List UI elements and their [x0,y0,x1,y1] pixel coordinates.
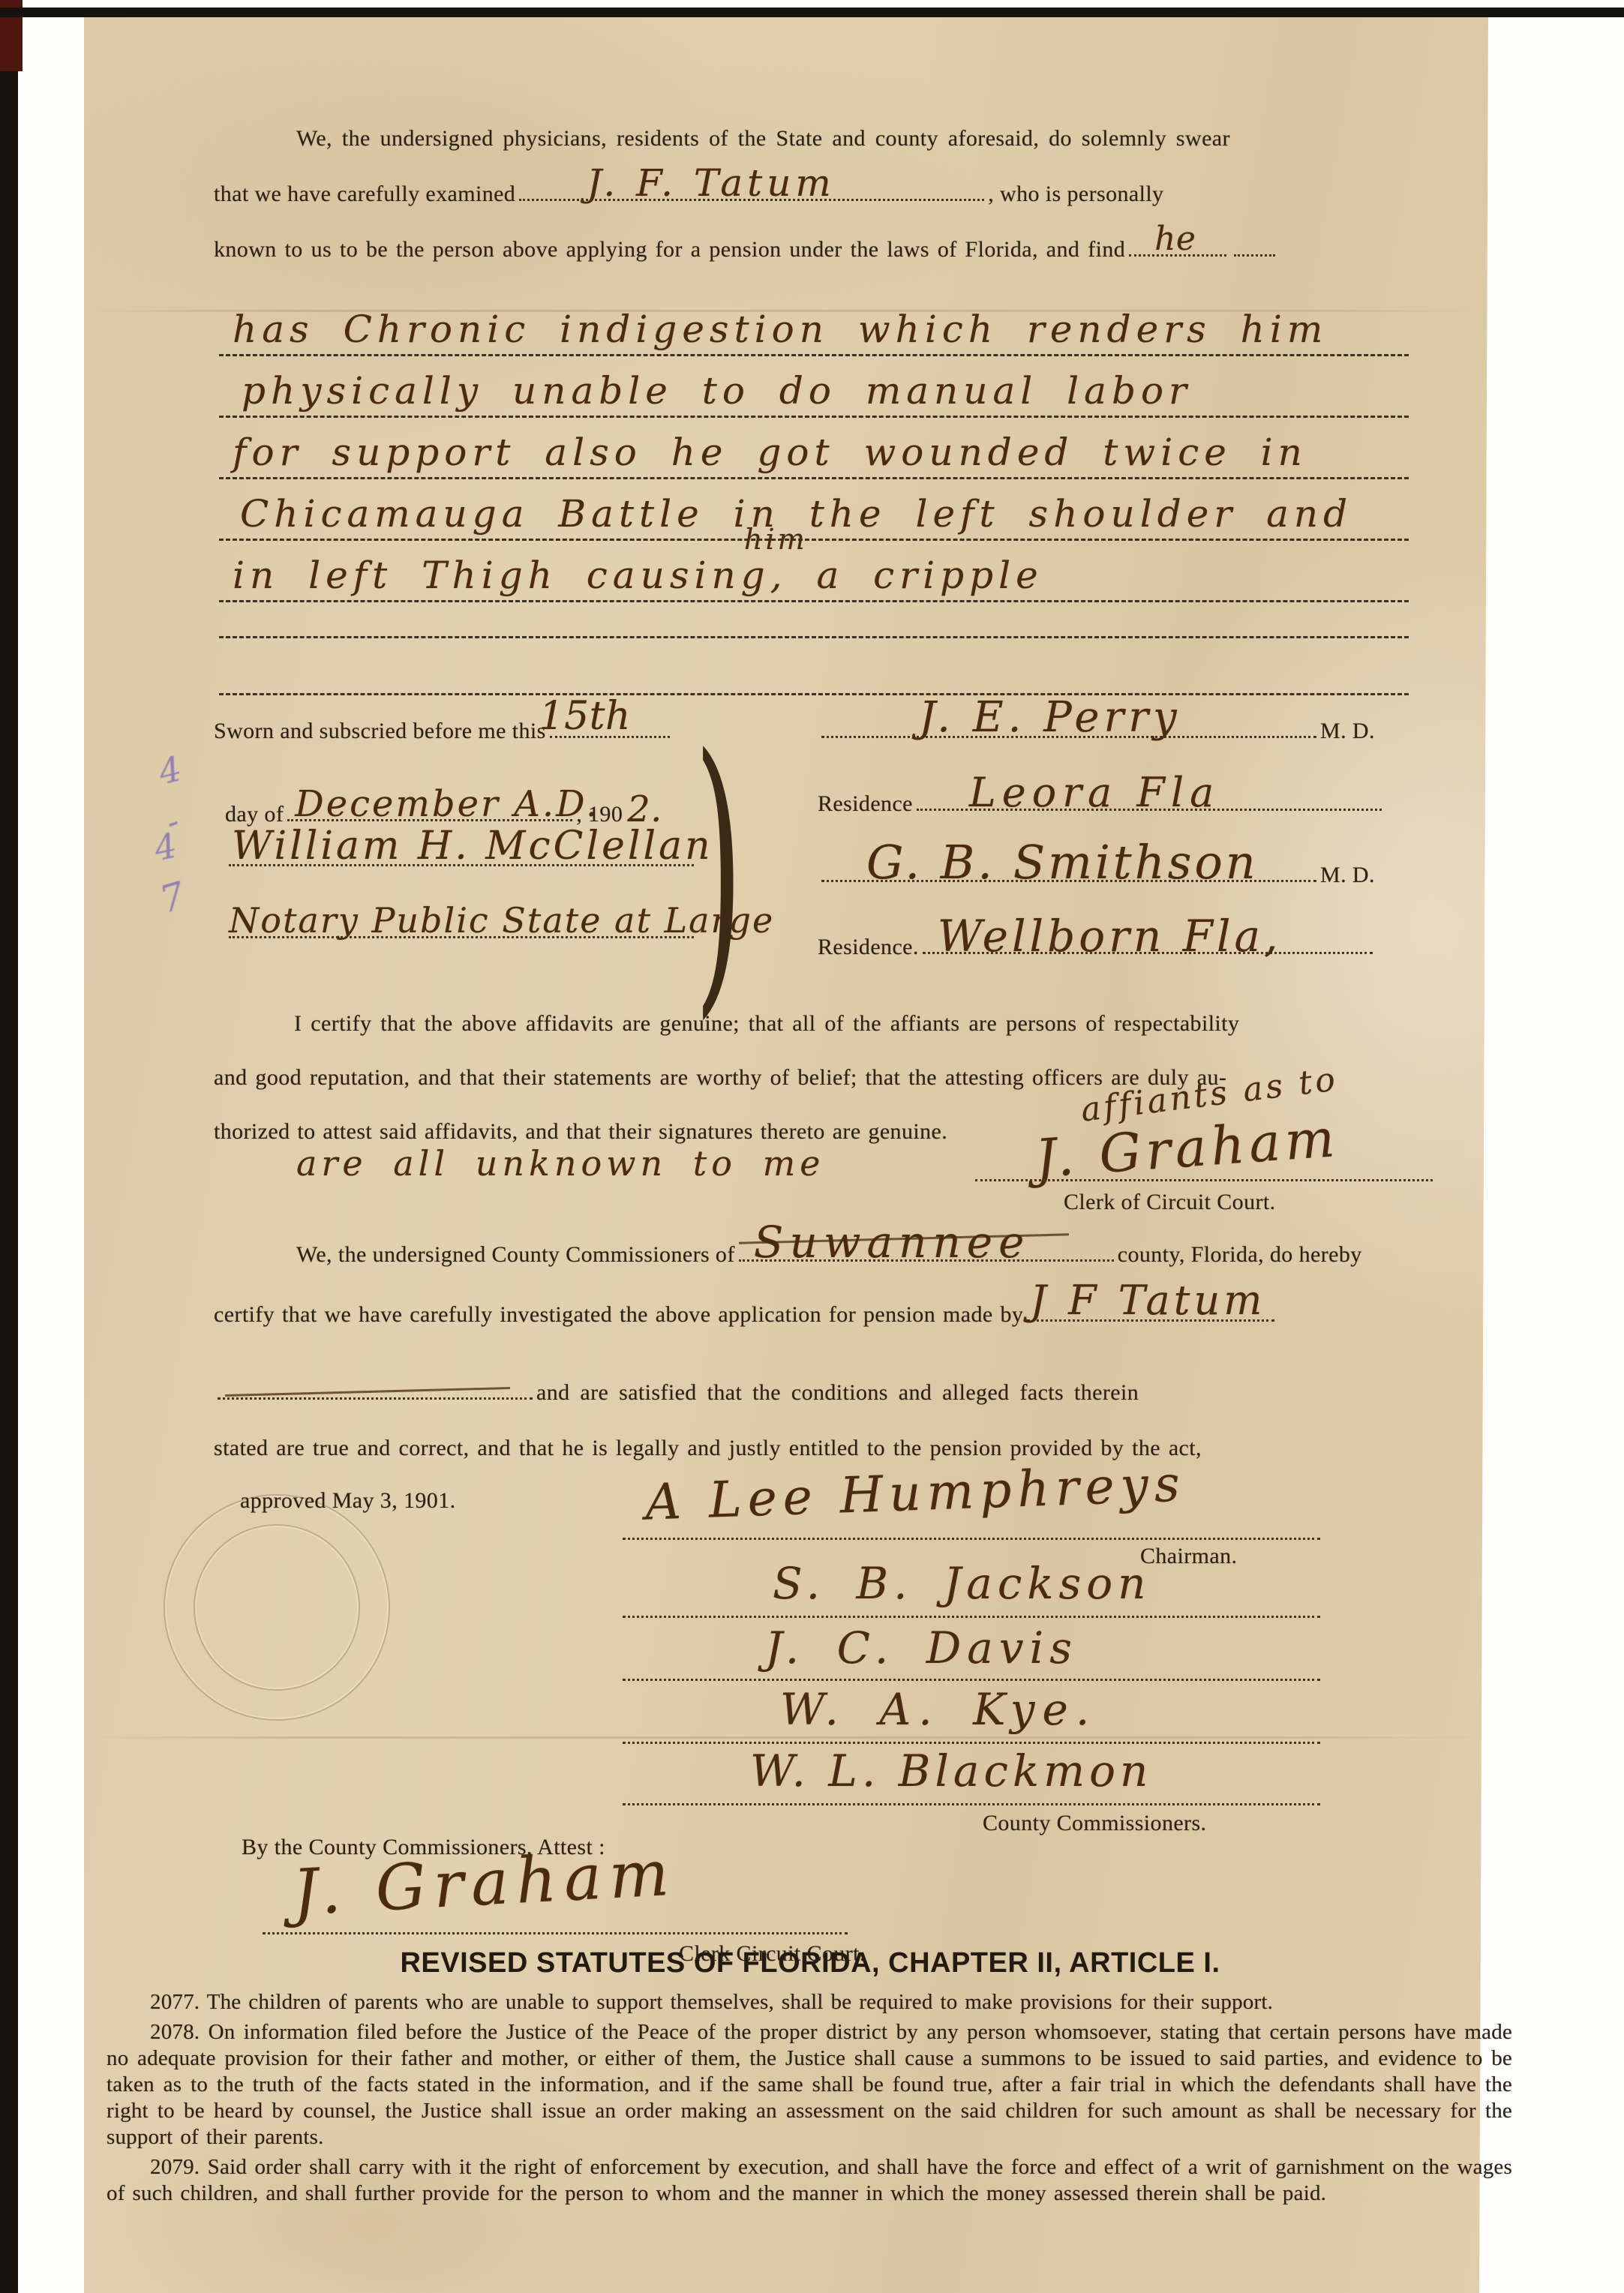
findings-row: in left Thigh causing, a cripple him [219,539,1409,602]
commissioner-signature-4: W. A. Kye. [780,1688,1097,1731]
notary-signature-rule: William H. McClellan [229,863,694,866]
comm-line-1: We, the undersigned County Commissioners… [296,1242,1362,1268]
sworn-line-1: Sworn and subscried before me this 15th [214,719,674,744]
comm-line3-rule [218,1396,533,1400]
county-blank: Suwannee [739,1258,1114,1262]
statutes-body: 2077. The children of parents who are un… [107,1989,1512,2210]
physician2-md-label: M. D. [1320,863,1375,888]
commissioner-rule-1 [623,1536,1320,1540]
physician2-signature-handwriting: G. B. Smithson [866,839,1259,886]
statute-2077: 2077. The children of parents who are un… [107,1989,1512,2015]
comm-line1-post: county, Florida, do hereby [1118,1242,1362,1268]
findings-row: for support also he got wounded twice in [219,416,1409,479]
physician1-residence-handwriting: Leora Fla [969,773,1220,813]
notary-title-handwriting: Notary Public State at Large [229,903,774,938]
residence-label-2: Residence. [818,935,919,960]
commissioner-rule-5 [623,1802,1320,1805]
affidavit-line-1: We, the undersigned physicians, resident… [296,126,1230,152]
notary-brace: ) [694,696,743,1045]
commissioner-rule-3 [623,1677,1320,1681]
applicant-name-line: J. F. Tatum [519,197,984,201]
findings-row: Chicamauga Battle in the left shoulder a… [219,477,1409,541]
blank-dashed-rule [219,692,1409,695]
applicant-blank: J F Tatum [1027,1318,1274,1322]
commissioner-signature-2: S. B. Jackson [773,1562,1151,1605]
comm-line-5: approved May 3, 1901. [240,1488,456,1514]
statute-2078: 2078. On information filed before the Ju… [107,2019,1512,2150]
scanned-pension-document: 4 - 4 7 We, the undersigned physicians, … [0,0,1624,2293]
findings-row: physically unable to do manual labor [219,354,1409,418]
comm-line-3: and are satisfied that the conditions an… [214,1380,1139,1406]
find-blank-line-tail [1234,253,1275,257]
comm-line1-pre: We, the undersigned County Commissioners… [296,1242,735,1268]
clerk-note-handwriting-2: are all unknown to me [296,1146,824,1181]
scan-edge-left [0,0,18,2293]
findings-handwriting: physically unable to do manual labor [242,372,1192,410]
notary-signature-handwriting: William H. McClellan [232,827,713,866]
physician2-residence-line: Residence. Wellborn Fla, [818,935,1376,960]
embossed-seal-inner [194,1524,360,1691]
physician2-residence-rule: Wellborn Fla, [923,950,1373,954]
clerk-signature-rule [975,1178,1433,1181]
affidavit-line2-post: , who is personally [988,182,1163,207]
applicant-name-handwriting: J. F. Tatum [587,164,836,202]
physician2-line: G. B. Smithson M. D. [818,863,1375,888]
findings-row: has Chronic indigestion which renders hi… [219,293,1409,356]
affidavit-line2-pre: that we have carefully examined [214,182,515,207]
findings-insert-handwriting: him [744,525,808,554]
findings-handwriting: in left Thigh causing, a cripple [233,557,1043,594]
attest-signature-rule [263,1931,848,1934]
affidavit-line-3: known to us to be the person above apply… [214,237,1279,263]
comm-line2-pre: certify that we have carefully investiga… [214,1302,1023,1328]
find-handwriting: he [1154,223,1196,256]
find-blank-line: he [1129,253,1226,257]
notary-title-line: Notary Public State at Large [225,935,698,938]
sworn-year-handwriting: 2. [627,791,662,827]
affidavit-line-2: that we have carefully examined J. F. Ta… [214,182,1163,207]
residence-label: Residence [818,791,913,817]
clerk-cert-line-1: I certify that the above affidavits are … [294,1011,1239,1037]
commissioner-rule-2 [623,1614,1320,1618]
physician1-residence-rule: Leora Fla [917,807,1382,811]
commissioner-rule-4 [623,1740,1320,1744]
sworn-month-blank: December A.D. [287,818,572,821]
clerk-cert-line-2: and good reputation, and that their stat… [214,1065,1226,1091]
notary-title-rule: Notary Public State at Large [229,935,694,938]
commissioner-signature-5: W. L. Blackmon [750,1749,1152,1793]
scan-edge-top [0,8,1624,17]
sworn-line-2: day of December A.D. , 190 2. [225,791,662,827]
blank-dashed-rule [219,635,1409,638]
physician1-line: J. E. Perry M. D. [818,719,1375,744]
statute-2079: 2079. Said order shall carry with it the… [107,2154,1512,2207]
chairman-label: Chairman. [1140,1544,1237,1569]
county-commissioners-label: County Commissioners. [983,1811,1206,1836]
clerk-cert-line-3: thorized to attest said affidavits, and … [214,1119,947,1145]
physician1-residence-line: Residence Leora Fla [818,791,1385,817]
sworn-day-blank: 15th [550,734,670,738]
comm-line3-text: and are satisfied that the conditions an… [536,1380,1139,1406]
statutes-heading: REVISED STATUTES OF FLORIDA, CHAPTER II,… [214,1947,1406,1979]
pen-squiggle [225,1387,510,1397]
fold-crease [84,1736,1479,1739]
findings-handwriting: has Chronic indigestion which renders hi… [233,311,1328,348]
comm-line-2: certify that we have carefully investiga… [214,1302,1278,1328]
sworn-line1-pre: Sworn and subscried before me this [214,719,546,744]
notary-signature-line: William H. McClellan [225,863,698,866]
clerk-title: Clerk of Circuit Court. [1064,1190,1276,1215]
physician1-signature-rule: J. E. Perry [821,734,1316,738]
physician1-md-label: M. D. [1320,719,1375,744]
attest-clerk-signature: J. Graham [291,1841,677,1925]
sworn-month-handwriting: December A.D. [295,786,599,822]
affidavit-line3-pre: known to us to be the person above apply… [214,237,1125,263]
physician2-residence-handwriting: Wellborn Fla, [938,914,1282,958]
physician1-signature-handwriting: J. E. Perry [919,697,1181,739]
findings-handwriting: for support also he got wounded twice in [233,434,1307,471]
applicant-handwriting: J F Tatum [1030,1280,1265,1321]
commissioner-signature-3: J. C. Davis [765,1626,1078,1670]
comm-line-4: stated are true and correct, and that he… [214,1436,1202,1461]
physician2-signature-rule: G. B. Smithson [821,878,1316,882]
sworn-day-handwriting: 15th [539,697,631,736]
